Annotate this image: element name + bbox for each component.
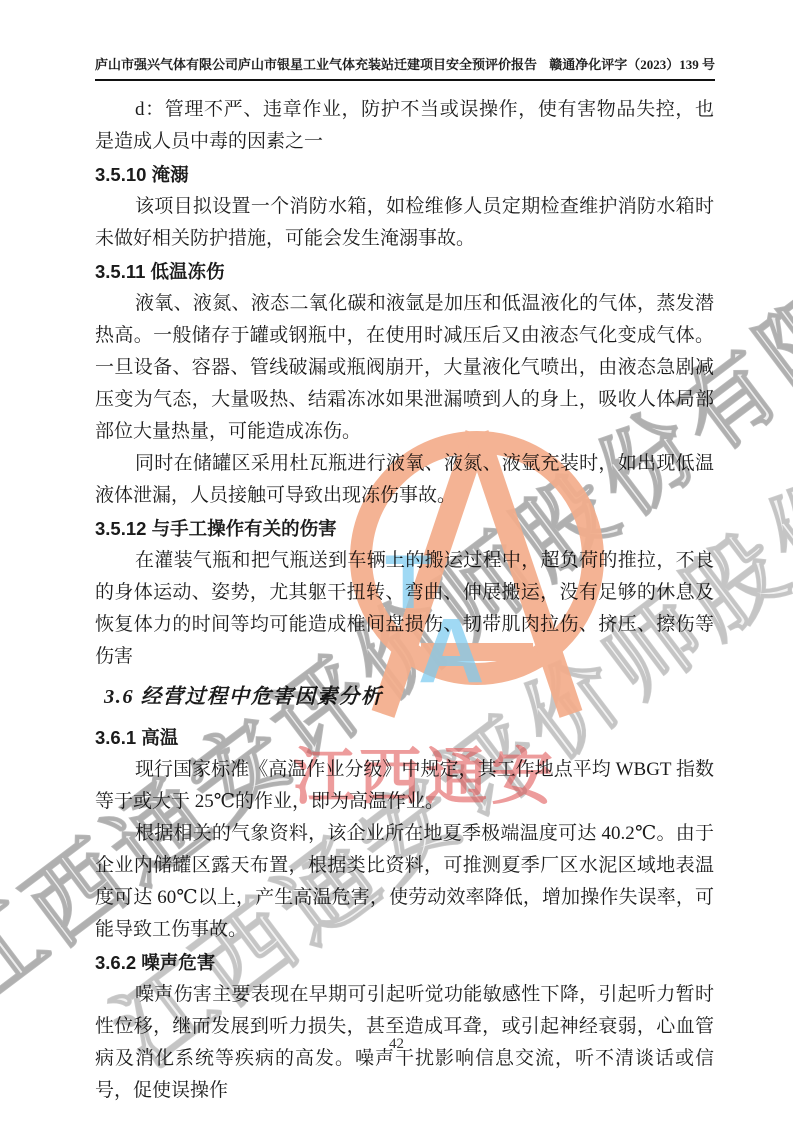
header-report-title: 庐山市强兴气体有限公司庐山市银星工业气体充装站迁建项目安全预评价报告: [95, 56, 537, 73]
document-page: 庐山市强兴气体有限公司庐山市银星工业气体充装站迁建项目安全预评价报告 赣通净化评…: [0, 0, 793, 1122]
heading-3-6-operation-hazards: 3.6 经营过程中危害因素分析: [95, 676, 714, 718]
heading-3-5-10-drowning: 3.5.10 淹溺: [95, 158, 714, 191]
paragraph-frostbite-1: 液氧、液氮、液态二氧化碳和液氩是加压和低温液化的气体，蒸发潜热高。一般储存于罐或…: [95, 288, 714, 448]
heading-3-5-12-manual-injury: 3.5.12 与手工操作有关的伤害: [95, 512, 714, 545]
page-number: 42: [0, 1036, 793, 1053]
header-document-number: 赣通净化评字（2023）139 号: [537, 56, 715, 73]
heading-3-6-2-noise: 3.6.2 噪声危害: [95, 946, 714, 979]
paragraph-manual-injury: 在灌装气瓶和把气瓶送到车辆上的搬运过程中，超负荷的推拉，不良的身体运动、姿势，尤…: [95, 545, 714, 673]
paragraph-high-temp-2: 根据相关的气象资料，该企业所在地夏季极端温度可达 40.2℃。由于企业内储罐区露…: [95, 818, 714, 946]
heading-3-5-11-frostbite: 3.5.11 低温冻伤: [95, 255, 714, 288]
document-body: d：管理不严、违章作业，防护不当或误操作，使有害物品失控，也是造成人员中毒的因素…: [95, 94, 714, 1107]
page-header: 庐山市强兴气体有限公司庐山市银星工业气体充装站迁建项目安全预评价报告 赣通净化评…: [95, 56, 715, 81]
paragraph-poisoning-factor: d：管理不严、违章作业，防护不当或误操作，使有害物品失控，也是造成人员中毒的因素…: [95, 94, 714, 158]
paragraph-drowning: 该项目拟设置一个消防水箱，如检维修人员定期检查维护消防水箱时未做好相关防护措施，…: [95, 191, 714, 255]
paragraph-high-temp-1: 现行国家标准《高温作业分级》中规定，其工作地点平均 WBGT 指数等于或大于 2…: [95, 754, 714, 818]
heading-3-6-1-high-temp: 3.6.1 高温: [95, 721, 714, 754]
paragraph-frostbite-2: 同时在储罐区采用杜瓦瓶进行液氧、液氮、液氩充装时，如出现低温液体泄漏，人员接触可…: [95, 448, 714, 512]
